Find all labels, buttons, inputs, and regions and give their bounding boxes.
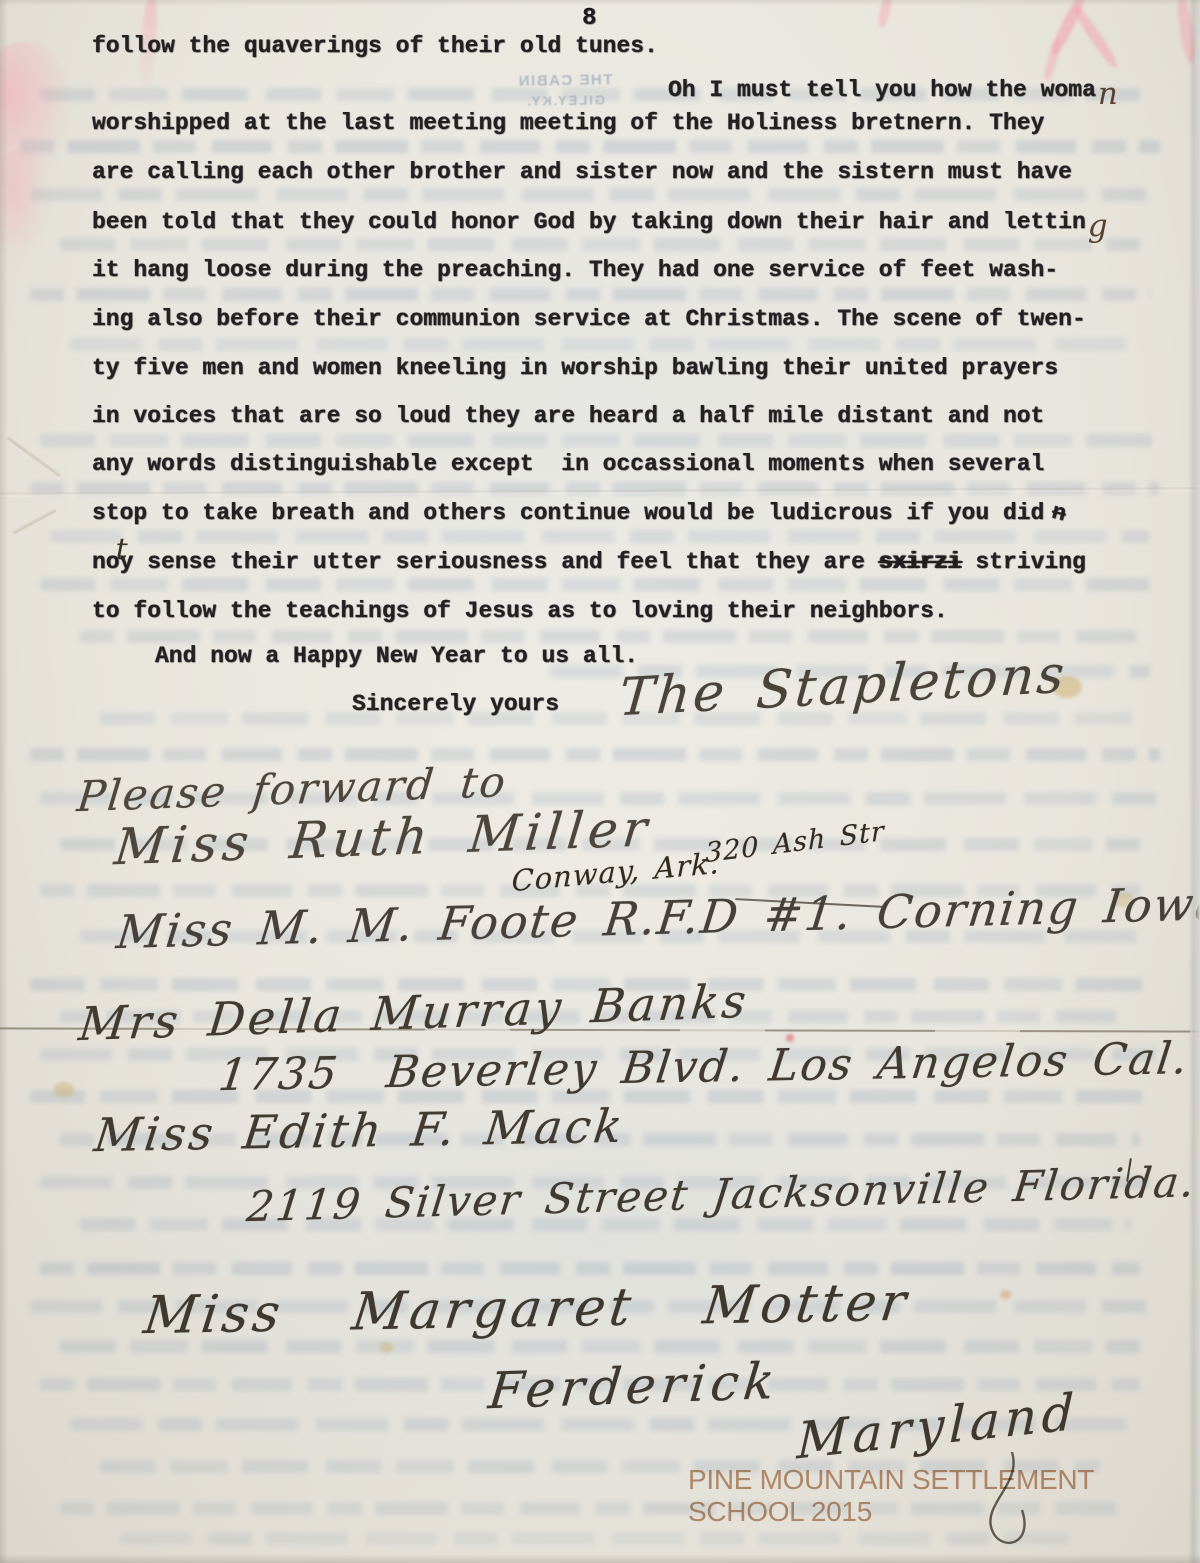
typed-line: in voices that are so loud they are hear… [92,403,1044,429]
bleedthrough-row [50,530,1150,543]
typed-line: any words distinguishable except in occa… [92,451,1044,477]
bleedthrough-row [30,748,1160,761]
typed-line: Oh I must tell you how the woman [668,76,1118,112]
bleedthrough-row [120,1532,1070,1545]
handwritten-correction-t: t [116,532,128,567]
typed-line: to follow the teachings of Jesus as to l… [92,598,948,624]
bleedthrough-row [70,338,1130,351]
paper-edge [0,1554,1200,1563]
overstruck-y: yt [120,549,134,575]
bleedthrough-row [40,578,1150,591]
typed-text: been told that they could honor God by t… [92,209,1086,235]
paper-edge [1188,0,1200,1563]
typed-line: ty five men and women kneeling in worshi… [92,355,1058,381]
typed-text: sense their utter seriousness and feel t… [133,549,878,575]
typed-line: are calling each other brother and siste… [92,159,1072,185]
stain [54,1082,74,1097]
forward-name-motter: Miss Margaret Motter [141,1273,914,1346]
handwritten-insertion: g [1088,208,1108,244]
address-ruth-street: 320 Ash Str [705,816,885,869]
typed-text: stop to take breath and others continue … [92,500,1044,526]
bleedthrough-row [40,1262,1140,1275]
struck-out-word: sxirzi [879,549,962,575]
archive-watermark: PINE MOUNTAIN SETTLEMENT SCHOOL 2015 [688,1464,1200,1528]
pink-crayon-mark [1070,3,1120,70]
bleedthrough-row [30,288,1150,301]
typed-line: stop to take breath and others continue … [92,500,1066,526]
paper-edge [0,0,1200,6]
bleedthrough-row [30,188,1150,201]
handwritten-insertion: n [1098,76,1118,112]
typed-line: follow the quaverings of their old tunes… [92,33,658,59]
scanned-letter-page: THE CABIN GILEY.KY. 8 follow the quaveri… [0,0,1200,1563]
typed-line: it hang loose during the preaching. They… [92,257,1058,283]
struck-out-character: n [1049,499,1069,528]
typed-line: worshipped at the last meeting meeting o… [92,110,1044,136]
page-number: 8 [582,5,596,32]
stamp-line: GILEY.KY. [470,91,660,109]
paper-edge [0,0,8,1563]
crease-scratch [12,509,55,533]
stain [380,1342,393,1353]
typed-text: striving [962,549,1086,575]
typed-line: And now a Happy New Year to us all. [155,643,638,669]
address-motter-city: Ferderick [486,1352,782,1420]
stamp-line: THE CABIN [470,70,660,90]
bleedthrough-row [20,140,1160,153]
bleedthrough-row [40,434,1160,447]
typed-text: Oh I must tell you how the woma [668,77,1096,103]
bleedthrough-row [80,630,1140,643]
typed-line: noyt sense their utter seriousness and f… [92,549,1086,575]
typed-line: been told that they could honor God by t… [92,208,1108,244]
stain [1000,1290,1011,1299]
typed-line: ing also before their communion service … [92,306,1086,332]
mirrored-stamp-bleedthrough: THE CABIN GILEY.KY. [470,70,661,109]
closing-line: Sincerely yours [352,691,559,717]
forward-name-mack: Miss Edith F. Mack [91,1099,628,1162]
